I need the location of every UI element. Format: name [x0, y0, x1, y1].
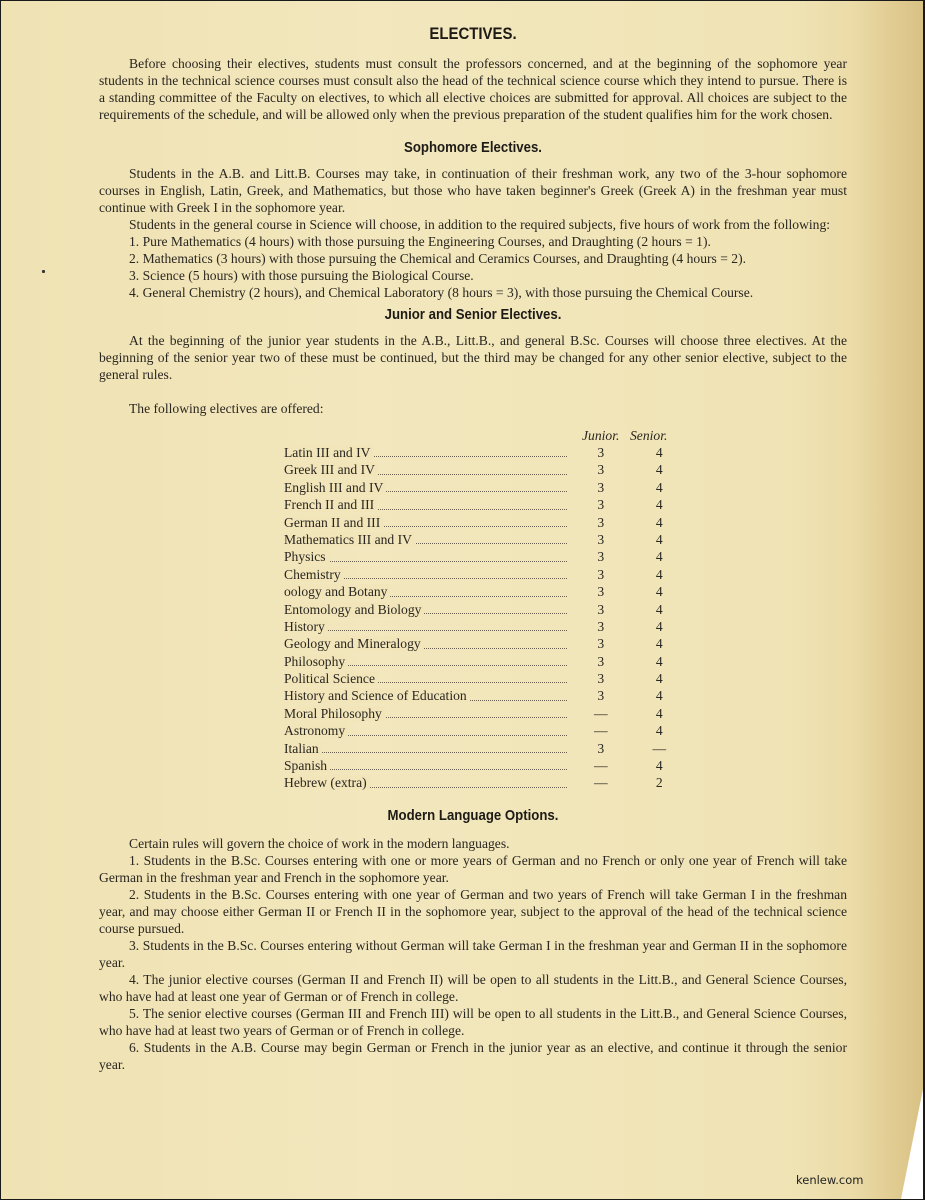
junior-senior-paragraph: At the beginning of the junior year stud…	[99, 332, 847, 383]
elective-name: Geology and Mineralogy	[284, 635, 567, 652]
modern-language-heading: Modern Language Options.	[144, 806, 802, 826]
table-row: Moral Philosophy—4	[284, 705, 684, 722]
table-row: Political Science34	[284, 670, 684, 687]
junior-hours: 3	[567, 618, 630, 635]
modern-language-intro: Certain rules will govern the choice of …	[99, 835, 847, 852]
senior-hours: 4	[631, 583, 685, 600]
table-row: Italian3—	[284, 740, 684, 757]
modern-language-item: 3. Students in the B.Sc. Courses enterin…	[99, 937, 847, 971]
paper-stain	[853, 1, 923, 1199]
sophomore-paragraph-2: Students in the general course in Scienc…	[99, 216, 847, 233]
table-row: Philosophy34	[284, 653, 684, 670]
table-row: Mathematics III and IV34	[284, 531, 684, 548]
junior-hours: —	[567, 757, 630, 774]
table-row: Greek III and IV34	[284, 461, 684, 478]
table-row: Latin III and IV34	[284, 444, 684, 461]
elective-name: History and Science of Education	[284, 687, 567, 704]
senior-hours: 4	[631, 757, 685, 774]
elective-name: History	[284, 618, 567, 635]
junior-hours: 3	[567, 740, 630, 757]
senior-hours: 4	[631, 653, 685, 670]
senior-hours: 4	[631, 635, 685, 652]
junior-hours: —	[567, 705, 630, 722]
elective-name: Political Science	[284, 670, 567, 687]
senior-hours: 4	[631, 531, 685, 548]
elective-name: German II and III	[284, 514, 567, 531]
senior-hours: 4	[631, 670, 685, 687]
modern-language-item: 6. Students in the A.B. Course may begin…	[99, 1039, 847, 1073]
document-page: ELECTIVES. Before choosing their electiv…	[1, 1, 923, 1199]
senior-hours: 4	[631, 496, 685, 513]
elective-name: oology and Botany	[284, 583, 567, 600]
senior-hours: 4	[631, 601, 685, 618]
electives-table: Junior. Senior. Latin III and IV34Greek …	[284, 427, 684, 792]
senior-hours: 2	[631, 774, 685, 791]
page-title: ELECTIVES.	[144, 23, 802, 45]
elective-name: Latin III and IV	[284, 444, 567, 461]
junior-hours: 3	[567, 479, 630, 496]
elective-name: Greek III and IV	[284, 461, 567, 478]
document-content: ELECTIVES. Before choosing their electiv…	[99, 23, 847, 1073]
watermark: kenlew.com	[796, 1173, 863, 1187]
senior-hours: 4	[631, 461, 685, 478]
elective-name: Astronomy	[284, 722, 567, 739]
senior-hours: 4	[631, 687, 685, 704]
junior-hours: 3	[567, 583, 630, 600]
modern-language-item: 1. Students in the B.Sc. Courses enterin…	[99, 852, 847, 886]
sophomore-item: 4. General Chemistry (2 hours), and Chem…	[99, 284, 847, 301]
sophomore-item: 3. Science (5 hours) with those pursuing…	[99, 267, 847, 284]
junior-hours: 3	[567, 496, 630, 513]
table-row: History and Science of Education34	[284, 687, 684, 704]
elective-name: Spanish	[284, 757, 567, 774]
elective-name: Mathematics III and IV	[284, 531, 567, 548]
junior-hours: —	[567, 774, 630, 791]
senior-hours: 4	[631, 705, 685, 722]
table-row: Entomology and Biology34	[284, 601, 684, 618]
senior-hours: 4	[631, 548, 685, 565]
elective-name: French II and III	[284, 496, 567, 513]
elective-name: Chemistry	[284, 566, 567, 583]
intro-paragraph: Before choosing their electives, student…	[99, 55, 847, 123]
elective-name: Hebrew (extra)	[284, 774, 567, 791]
sophomore-item: 1. Pure Mathematics (4 hours) with those…	[99, 233, 847, 250]
junior-senior-heading: Junior and Senior Electives.	[144, 305, 802, 325]
junior-hours: 3	[567, 687, 630, 704]
senior-hours: 4	[631, 444, 685, 461]
senior-hours: 4	[631, 618, 685, 635]
junior-hours: 3	[567, 653, 630, 670]
table-row: History34	[284, 618, 684, 635]
senior-hours: 4	[631, 722, 685, 739]
junior-hours: 3	[567, 601, 630, 618]
sophomore-item: 2. Mathematics (3 hours) with those purs…	[99, 250, 847, 267]
elective-name: Philosophy	[284, 653, 567, 670]
modern-language-item: 5. The senior elective courses (German I…	[99, 1005, 847, 1039]
junior-hours: 3	[567, 514, 630, 531]
table-body: Latin III and IV34Greek III and IV34Engl…	[284, 444, 684, 792]
junior-hours: 3	[567, 531, 630, 548]
elective-name: Moral Philosophy	[284, 705, 567, 722]
table-row: French II and III34	[284, 496, 684, 513]
table-row: Spanish—4	[284, 757, 684, 774]
column-header-senior: Senior.	[630, 427, 682, 444]
elective-name: Physics	[284, 548, 567, 565]
table-row: Physics34	[284, 548, 684, 565]
junior-hours: 3	[567, 548, 630, 565]
junior-hours: —	[567, 722, 630, 739]
sophomore-paragraph-1: Students in the A.B. and Litt.B. Courses…	[99, 165, 847, 216]
leader-dots	[284, 752, 567, 753]
table-row: German II and III34	[284, 514, 684, 531]
table-row: Chemistry34	[284, 566, 684, 583]
modern-language-item: 4. The junior elective courses (German I…	[99, 971, 847, 1005]
junior-hours: 3	[567, 444, 630, 461]
junior-hours: 3	[567, 670, 630, 687]
junior-hours: 3	[567, 635, 630, 652]
senior-hours: 4	[631, 479, 685, 496]
torn-corner	[901, 1089, 923, 1199]
table-header: Junior. Senior.	[284, 427, 684, 444]
column-header-junior: Junior.	[582, 427, 630, 444]
modern-language-item: 2. Students in the B.Sc. Courses enterin…	[99, 886, 847, 937]
electives-offered-label: The following electives are offered:	[99, 400, 847, 417]
table-row: Hebrew (extra)—2	[284, 774, 684, 791]
senior-hours: 4	[631, 514, 685, 531]
sophomore-heading: Sophomore Electives.	[144, 138, 802, 158]
table-row: Geology and Mineralogy34	[284, 635, 684, 652]
elective-name: Entomology and Biology	[284, 601, 567, 618]
elective-name: English III and IV	[284, 479, 567, 496]
table-row: oology and Botany34	[284, 583, 684, 600]
senior-hours: 4	[631, 566, 685, 583]
elective-name: Italian	[284, 740, 567, 757]
senior-hours: —	[631, 740, 685, 757]
table-row: Astronomy—4	[284, 722, 684, 739]
junior-hours: 3	[567, 566, 630, 583]
table-row: English III and IV34	[284, 479, 684, 496]
junior-hours: 3	[567, 461, 630, 478]
ink-speck	[42, 270, 45, 273]
